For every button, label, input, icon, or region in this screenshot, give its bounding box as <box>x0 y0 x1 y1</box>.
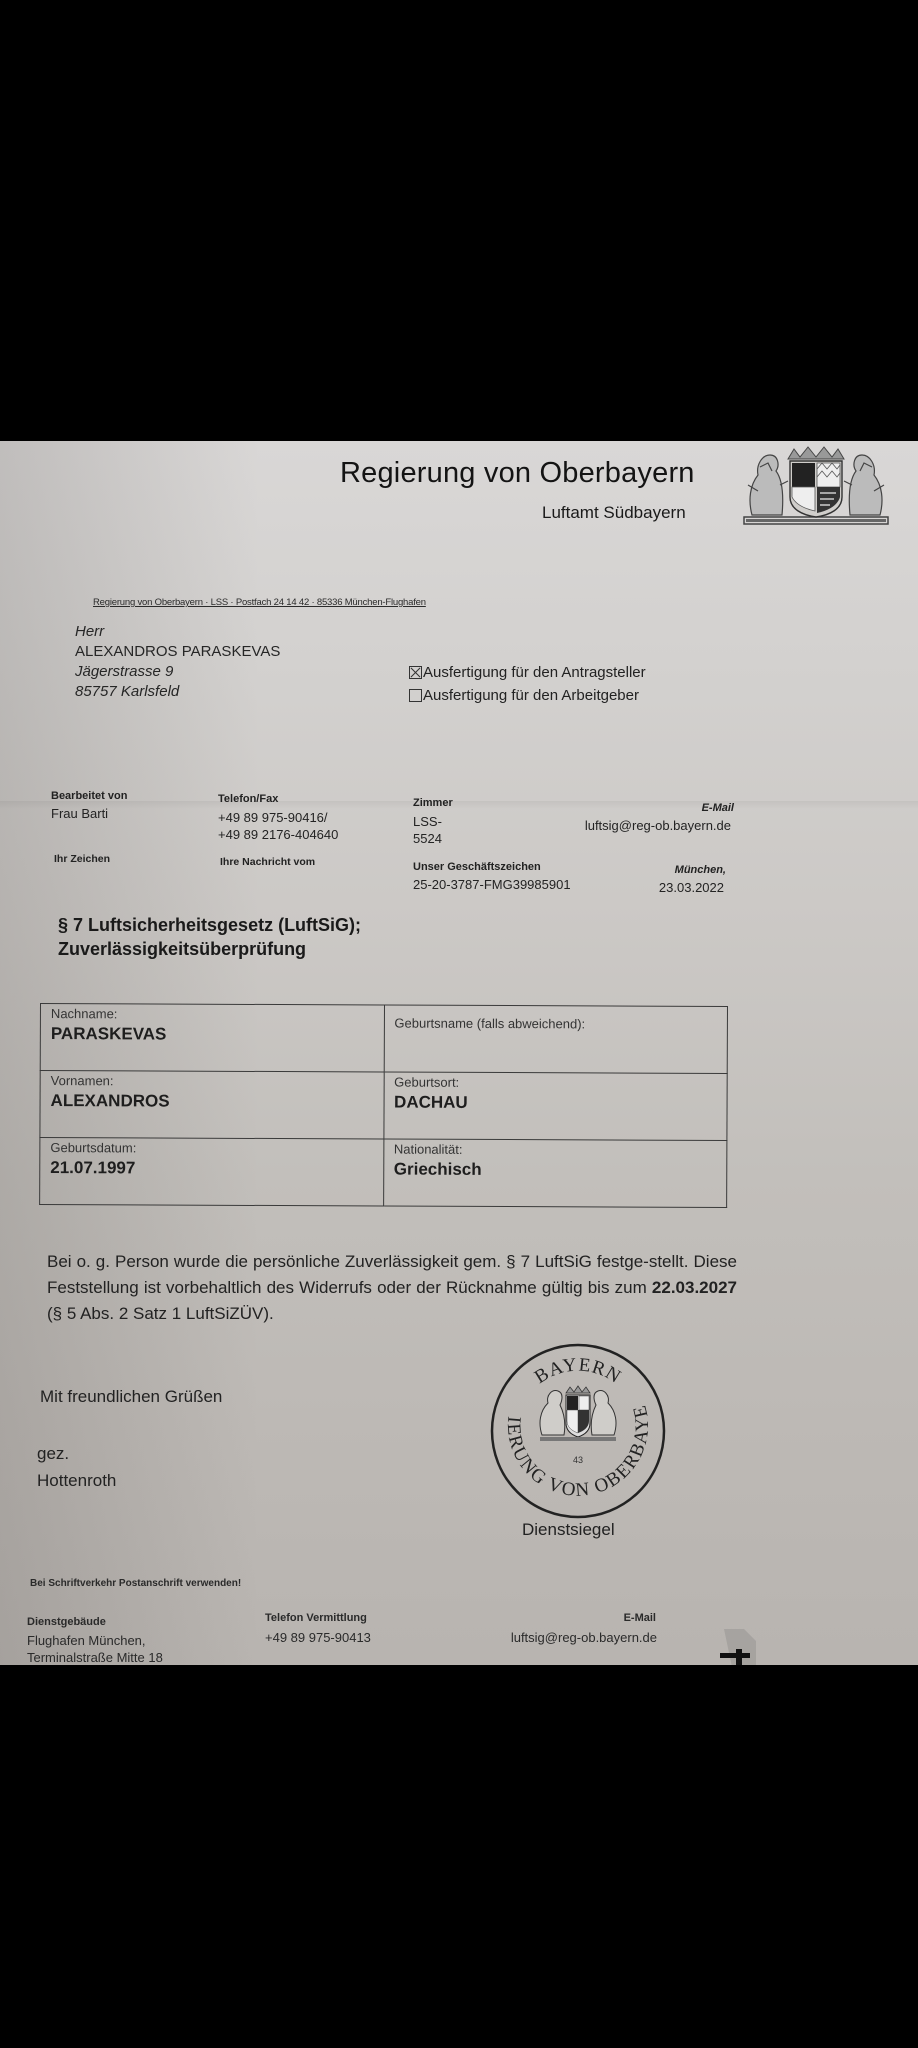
birth-date-label: Geburtsdatum: <box>50 1140 373 1156</box>
recipient-street: Jägerstrasse 9 <box>75 662 280 682</box>
birthplace-cell: Geburtsort: DACHAU <box>383 1072 727 1140</box>
subject: § 7 Luftsicherheitsgesetz (LuftSiG); Zuv… <box>58 913 361 961</box>
our-ref-value: 25-20-3787-FMG39985901 <box>413 877 571 893</box>
switchboard-label: Telefon Vermittlung <box>265 1612 367 1624</box>
copy-applicant: Ausfertigung für den Antragsteller <box>409 661 646 684</box>
copy-applicant-label: Ausfertigung für den Antragsteller <box>423 661 646 684</box>
room-label: Zimmer <box>413 797 453 809</box>
email-label: E-Mail <box>702 802 734 814</box>
your-message-label: Ihre Nachricht vom <box>220 856 315 868</box>
fax-value: +49 89 2176-404640 <box>218 827 338 843</box>
recipient-salutation: Herr <box>75 622 280 642</box>
copy-recipients: Ausfertigung für den Antragsteller Ausfe… <box>409 661 646 707</box>
body-text-after: (§ 5 Abs. 2 Satz 1 LuftSiZÜV). <box>47 1304 274 1323</box>
correspondence-note: Bei Schriftverkehr Postanschrift verwend… <box>30 1578 241 1589</box>
valid-until-date: 22.03.2027 <box>652 1278 737 1297</box>
checkbox-checked-icon <box>409 666 422 679</box>
document-photo: Regierung von Oberbayern Luftamt Südbaye… <box>0 441 918 1665</box>
your-ref-label: Ihr Zeichen <box>54 853 110 865</box>
recipient-address: Herr ALEXANDROS PARASKEVAS Jägerstrasse … <box>75 622 280 702</box>
footer-email: luftsig@reg-ob.bayern.de <box>511 1629 657 1646</box>
footer-email-label: E-Mail <box>624 1612 656 1624</box>
table-row: Nachname: PARASKEVAS Geburtsname (falls … <box>40 1004 727 1074</box>
birthplace-value: DACHAU <box>394 1093 717 1114</box>
seal-top-text: BAYERN <box>531 1354 625 1388</box>
determination-text: Bei o. g. Person wurde die persönliche Z… <box>47 1249 737 1327</box>
signatory-name: Hottenroth <box>37 1471 116 1491</box>
svg-text:BAYERN: BAYERN <box>531 1354 625 1388</box>
subject-line-1: § 7 Luftsicherheitsgesetz (LuftSiG); <box>58 913 361 937</box>
switchboard-number: +49 89 975-90413 <box>265 1629 371 1646</box>
birth-date-cell: Geburtsdatum: 21.07.1997 <box>40 1138 384 1206</box>
building-line2: Terminalstraße Mitte 18 <box>27 1649 163 1665</box>
table-row: Vornamen: ALEXANDROS Geburtsort: DACHAU <box>40 1071 727 1141</box>
place-label: München, <box>675 864 726 876</box>
birth-name-value <box>394 1034 716 1035</box>
birth-name-cell: Geburtsname (falls abweichend): <box>384 1005 728 1073</box>
processed-by-label: Bearbeitet von <box>51 790 127 802</box>
room-value-line1: LSS- <box>413 814 442 830</box>
phone-value: +49 89 975-90416/ <box>218 810 328 826</box>
nationality-value: Griechisch <box>394 1160 717 1181</box>
room-value-line2: 5524 <box>413 831 442 847</box>
nationality-label: Nationalität: <box>394 1142 717 1158</box>
surname-value: PARASKEVAS <box>51 1024 374 1045</box>
recipient-name: ALEXANDROS PARASKEVAS <box>75 642 280 662</box>
birth-date-value: 21.07.1997 <box>50 1158 373 1179</box>
email-value: luftsig@reg-ob.bayern.de <box>585 818 731 834</box>
seal-number: 43 <box>573 1455 583 1465</box>
return-address: Regierung von Oberbayern · LSS · Postfac… <box>93 597 426 608</box>
signed-abbrev: gez. <box>37 1444 69 1464</box>
first-names-label: Vornamen: <box>51 1073 374 1089</box>
official-seal-icon: BAYERN REGIERUNG VON OBERBAYERN 43 <box>486 1339 670 1523</box>
first-names-value: ALEXANDROS <box>51 1091 374 1112</box>
our-ref-label: Unser Geschäftszeichen <box>413 861 541 873</box>
body-text-before: Bei o. g. Person wurde die persönliche Z… <box>47 1252 737 1297</box>
birthplace-label: Geburtsort: <box>394 1075 717 1091</box>
subject-line-2: Zuverlässigkeitsüberprüfung <box>58 937 361 961</box>
recipient-city: 85757 Karlsfeld <box>75 682 280 702</box>
first-names-cell: Vornamen: ALEXANDROS <box>40 1071 384 1139</box>
nationality-cell: Nationalität: Griechisch <box>383 1139 727 1207</box>
letter-date: 23.03.2022 <box>659 880 724 896</box>
person-details-table: Nachname: PARASKEVAS Geburtsname (falls … <box>39 1003 728 1208</box>
seal-caption: Dienstsiegel <box>522 1520 615 1540</box>
surname-cell: Nachname: PARASKEVAS <box>40 1004 384 1072</box>
closing-greeting: Mit freundlichen Grüßen <box>40 1387 222 1407</box>
building-label: Dienstgebäude <box>27 1616 106 1628</box>
partial-logo-icon <box>710 1627 780 1665</box>
birth-name-label: Geburtsname (falls abweichend): <box>394 1016 717 1032</box>
surname-label: Nachname: <box>51 1006 374 1022</box>
phone-fax-label: Telefon/Fax <box>218 793 278 805</box>
authority-title: Regierung von Oberbayern <box>340 457 695 490</box>
processed-by-value: Frau Barti <box>51 806 108 822</box>
table-row: Geburtsdatum: 21.07.1997 Nationalität: G… <box>40 1138 727 1208</box>
building-line1: Flughafen München, <box>27 1632 146 1649</box>
copy-employer-label: Ausfertigung für den Arbeitgeber <box>423 684 639 707</box>
checkbox-unchecked-icon <box>409 689 422 702</box>
department-name: Luftamt Südbayern <box>542 503 686 523</box>
paper-fold-shadow <box>0 801 918 809</box>
copy-employer: Ausfertigung für den Arbeitgeber <box>409 684 646 707</box>
coat-of-arms-icon <box>738 445 894 527</box>
